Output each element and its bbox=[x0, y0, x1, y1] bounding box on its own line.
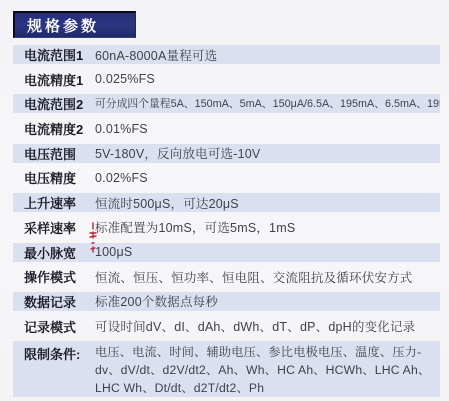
row-label: 电压精度 bbox=[13, 168, 95, 187]
table-row: 操作模式 恒流、恒压、恒功率、恒电阻、交流阻抗及循环伏安方式 bbox=[13, 267, 440, 286]
row-label: 记录模式 bbox=[13, 317, 95, 336]
row-label: 限制条件: bbox=[13, 344, 95, 363]
table-row: 电流范围2 可分成四个量程5A、150mA、5mA、150μA/6.5A、195… bbox=[13, 94, 440, 113]
table-row: 数据记录 标准200个数据点每秒 bbox=[13, 292, 440, 311]
row-value: 可设时间dV、dI、dAh、dWh、dT、dP、dpH的变化记录 bbox=[95, 317, 440, 335]
row-label: 电流精度1 bbox=[13, 70, 95, 89]
row-label: 电流精度2 bbox=[13, 119, 95, 138]
row-label: 电流范围2 bbox=[13, 94, 95, 113]
table-row: 电流精度2 0.01%FS bbox=[13, 119, 440, 138]
row-value: 0.02%FS bbox=[95, 171, 440, 185]
row-value: 0.01%FS bbox=[95, 122, 440, 136]
row-value: 标准配置为10mS，可选5mS，1mS bbox=[95, 218, 440, 236]
table-row: 采样速率 标准配置为10mS，可选5mS，1mS bbox=[13, 218, 440, 237]
row-label: 电流范围1 bbox=[13, 45, 95, 64]
row-label: 上升速率 bbox=[13, 193, 95, 212]
row-value: 100μS bbox=[95, 245, 440, 259]
row-label: 电压范围 bbox=[13, 144, 95, 163]
table-row: 最小脉宽 100μS bbox=[13, 243, 440, 262]
table-row: 电压范围 5V-180V，反向放电可选-10V bbox=[13, 144, 440, 163]
section-title: 规格参数 bbox=[27, 15, 99, 36]
section-header: 规格参数 bbox=[13, 11, 136, 38]
table-row: 电压精度 0.02%FS bbox=[13, 168, 440, 187]
row-value: 恒流时500μS，可达20μS bbox=[95, 194, 440, 212]
row-value: 60nA-8000A量程可选 bbox=[95, 46, 440, 64]
row-label: 采样速率 bbox=[13, 218, 95, 237]
table-row: 上升速率 恒流时500μS，可达20μS bbox=[13, 193, 440, 212]
table-row: 记录模式 可设时间dV、dI、dAh、dWh、dT、dP、dpH的变化记录 bbox=[13, 317, 440, 336]
row-value: 0.025%FS bbox=[95, 72, 440, 86]
row-value: 恒流、恒压、恒功率、恒电阻、交流阻抗及循环伏安方式 bbox=[95, 268, 440, 286]
row-value: 电压、电流、时间、辅助电压、参比电极电压、温度、压力-dv、dV/dt、d2V/… bbox=[95, 344, 440, 397]
table-row: 电流精度1 0.025%FS bbox=[13, 70, 440, 89]
row-value: 标准200个数据点每秒 bbox=[95, 292, 440, 310]
row-value: 可分成四个量程5A、150mA、5mA、150μA/6.5A、195mA、6.5… bbox=[95, 96, 440, 111]
row-label: 数据记录 bbox=[13, 292, 95, 311]
row-label: 最小脉宽 bbox=[13, 243, 95, 262]
row-value: 5V-180V，反向放电可选-10V bbox=[95, 144, 440, 162]
table-row: 电流范围1 60nA-8000A量程可选 bbox=[13, 45, 440, 64]
row-label: 操作模式 bbox=[13, 267, 95, 286]
spec-sheet-page: 规格参数 电流范围1 60nA-8000A量程可选 电流精度1 0.025%FS… bbox=[0, 0, 449, 401]
table-row: 限制条件: 电压、电流、时间、辅助电压、参比电极电压、温度、压力-dv、dV/d… bbox=[13, 341, 440, 397]
spec-table: 电流范围1 60nA-8000A量程可选 电流精度1 0.025%FS 电流范围… bbox=[13, 45, 440, 397]
